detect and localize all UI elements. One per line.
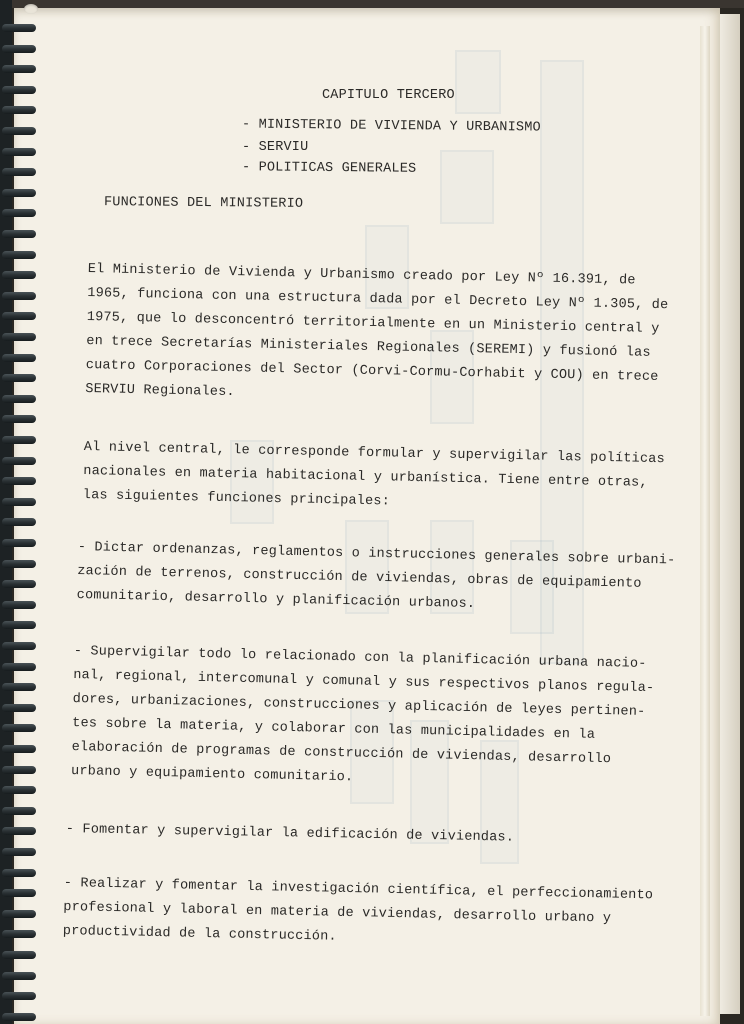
- binding-ring: [2, 209, 36, 217]
- binding-ring: [2, 354, 36, 362]
- binding-ring: [2, 663, 36, 671]
- binding-ring: [2, 24, 36, 32]
- binding-ring: [2, 724, 36, 732]
- binding-ring: [2, 539, 36, 547]
- show-through-box: [455, 50, 501, 114]
- binding-ring: [2, 168, 36, 176]
- binding-ring: [2, 86, 36, 94]
- binding-ring: [2, 1013, 36, 1021]
- binding-ring: [2, 518, 36, 526]
- chapter-topic: - SERVIU: [242, 140, 308, 155]
- section-heading: FUNCIONES DEL MINISTERIO: [104, 195, 303, 212]
- binding-ring: [2, 786, 36, 794]
- binding-ring: [2, 189, 36, 197]
- binding-ring: [2, 580, 36, 588]
- binding-ring: [2, 972, 36, 980]
- binding-ring: [2, 333, 36, 341]
- binding-ring: [2, 477, 36, 485]
- binding-ring: [2, 704, 36, 712]
- binding-ring: [2, 683, 36, 691]
- binding-ring: [2, 951, 36, 959]
- binding-ring: [2, 106, 36, 114]
- binding-ring: [2, 292, 36, 300]
- binding-ring: [2, 148, 36, 156]
- binding-ring: [2, 374, 36, 382]
- binding-ring: [2, 601, 36, 609]
- binding-ring: [2, 889, 36, 897]
- binding-ring: [2, 992, 36, 1000]
- binding-ring: [2, 642, 36, 650]
- binding-ring: [2, 312, 36, 320]
- top-border: [0, 0, 744, 8]
- binding-ring: [2, 395, 36, 403]
- chapter-topic: - MINISTERIO DE VIVIENDA Y URBANISMO: [242, 117, 541, 135]
- binding-ring: [2, 65, 36, 73]
- binding-ring: [2, 766, 36, 774]
- punch-hole: [24, 4, 38, 14]
- binding-ring: [2, 560, 36, 568]
- binding-ring: [2, 457, 36, 465]
- binding-ring: [2, 910, 36, 918]
- binding-ring: [2, 498, 36, 506]
- binding-ring: [2, 807, 36, 815]
- text-line: SERVIU Regionales.: [85, 382, 235, 400]
- show-through-box: [440, 150, 494, 224]
- binding-ring: [2, 827, 36, 835]
- binding-ring: [2, 848, 36, 856]
- binding-ring: [2, 45, 36, 53]
- binding-ring: [2, 745, 36, 753]
- binding-ring: [2, 127, 36, 135]
- binding-ring: [2, 415, 36, 423]
- binding-ring: [2, 436, 36, 444]
- binding-ring: [2, 869, 36, 877]
- binding-ring: [2, 230, 36, 238]
- binding-ring: [2, 621, 36, 629]
- binding-ring: [2, 930, 36, 938]
- chapter-topic: - POLITICAS GENERALES: [242, 160, 416, 177]
- page-edge: [700, 26, 710, 1016]
- chapter-title: CAPITULO TERCERO: [322, 88, 455, 103]
- binding-ring: [2, 251, 36, 259]
- binding-ring: [2, 271, 36, 279]
